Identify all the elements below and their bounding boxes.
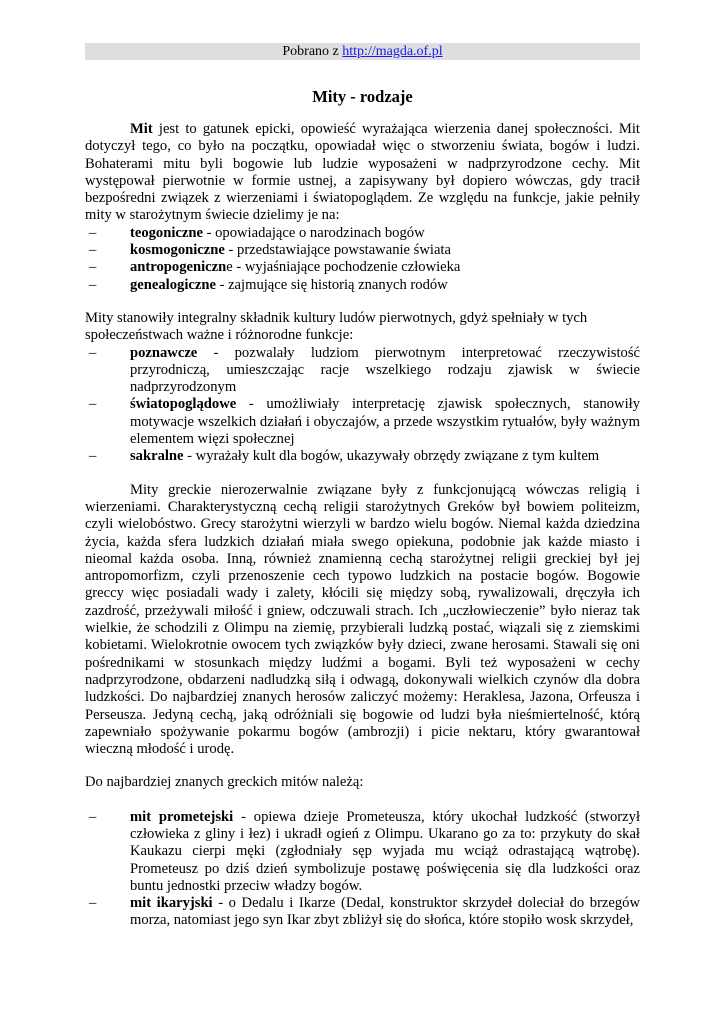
list-item: –genealogiczne - zajmujące się historią … bbox=[85, 277, 640, 294]
dash-bullet-icon: – bbox=[89, 259, 96, 276]
intro-bold-term: Mit bbox=[130, 121, 153, 137]
dash-bullet-icon: – bbox=[89, 396, 96, 413]
dash-bullet-icon: – bbox=[89, 225, 96, 242]
dash-bullet-icon: – bbox=[89, 242, 96, 259]
spacer bbox=[85, 758, 640, 774]
document-body: Mit jest to gatunek epicki, opowieść wyr… bbox=[85, 121, 640, 930]
myth-functions-list: –poznawcze - pozwalały ludziom pierwotny… bbox=[85, 345, 640, 466]
dash-bullet-icon: – bbox=[89, 448, 96, 465]
list-item: –mit ikaryjski - o Dedalu i Ikarze (Deda… bbox=[85, 895, 640, 930]
dash-bullet-icon: – bbox=[89, 277, 96, 294]
dash-bullet-icon: – bbox=[89, 895, 96, 912]
list-item: –poznawcze - pozwalały ludziom pierwotny… bbox=[85, 345, 640, 397]
dash-bullet-icon: – bbox=[89, 345, 96, 362]
spacer bbox=[85, 792, 640, 809]
spacer bbox=[85, 466, 640, 482]
list-item: –sakralne - wyrażały kult dla bogów, uka… bbox=[85, 448, 640, 465]
list-item: –teogoniczne - opowiadające o narodzinac… bbox=[85, 225, 640, 242]
list-item: –antropogeniczne - wyjaśniające pochodze… bbox=[85, 259, 640, 276]
famous-myths-list: –mit prometejski - opiewa dzieje Promete… bbox=[85, 809, 640, 930]
spacer bbox=[85, 294, 640, 310]
download-source-header: Pobrano z http://magda.of.pl bbox=[85, 43, 640, 60]
header-prefix: Pobrano z bbox=[282, 44, 342, 59]
list-item: –mit prometejski - opiewa dzieje Promete… bbox=[85, 809, 640, 895]
list-item: –światopoglądowe - umożliwiały interpret… bbox=[85, 396, 640, 448]
dash-bullet-icon: – bbox=[89, 809, 96, 826]
myths-intro: Do najbardziej znanych greckich mitów na… bbox=[85, 774, 640, 791]
page-title: Mity - rodzaje bbox=[85, 87, 640, 107]
greek-religion-paragraph: Mity greckie nierozerwalnie związane był… bbox=[85, 482, 640, 759]
functions-intro: Mity stanowiły integralny składnik kultu… bbox=[85, 310, 640, 345]
intro-paragraph: Mit jest to gatunek epicki, opowieść wyr… bbox=[85, 121, 640, 225]
source-link[interactable]: http://magda.of.pl bbox=[342, 44, 442, 59]
myth-types-list: –teogoniczne - opowiadające o narodzinac… bbox=[85, 225, 640, 294]
list-item: –kosmogoniczne - przedstawiające powstaw… bbox=[85, 242, 640, 259]
